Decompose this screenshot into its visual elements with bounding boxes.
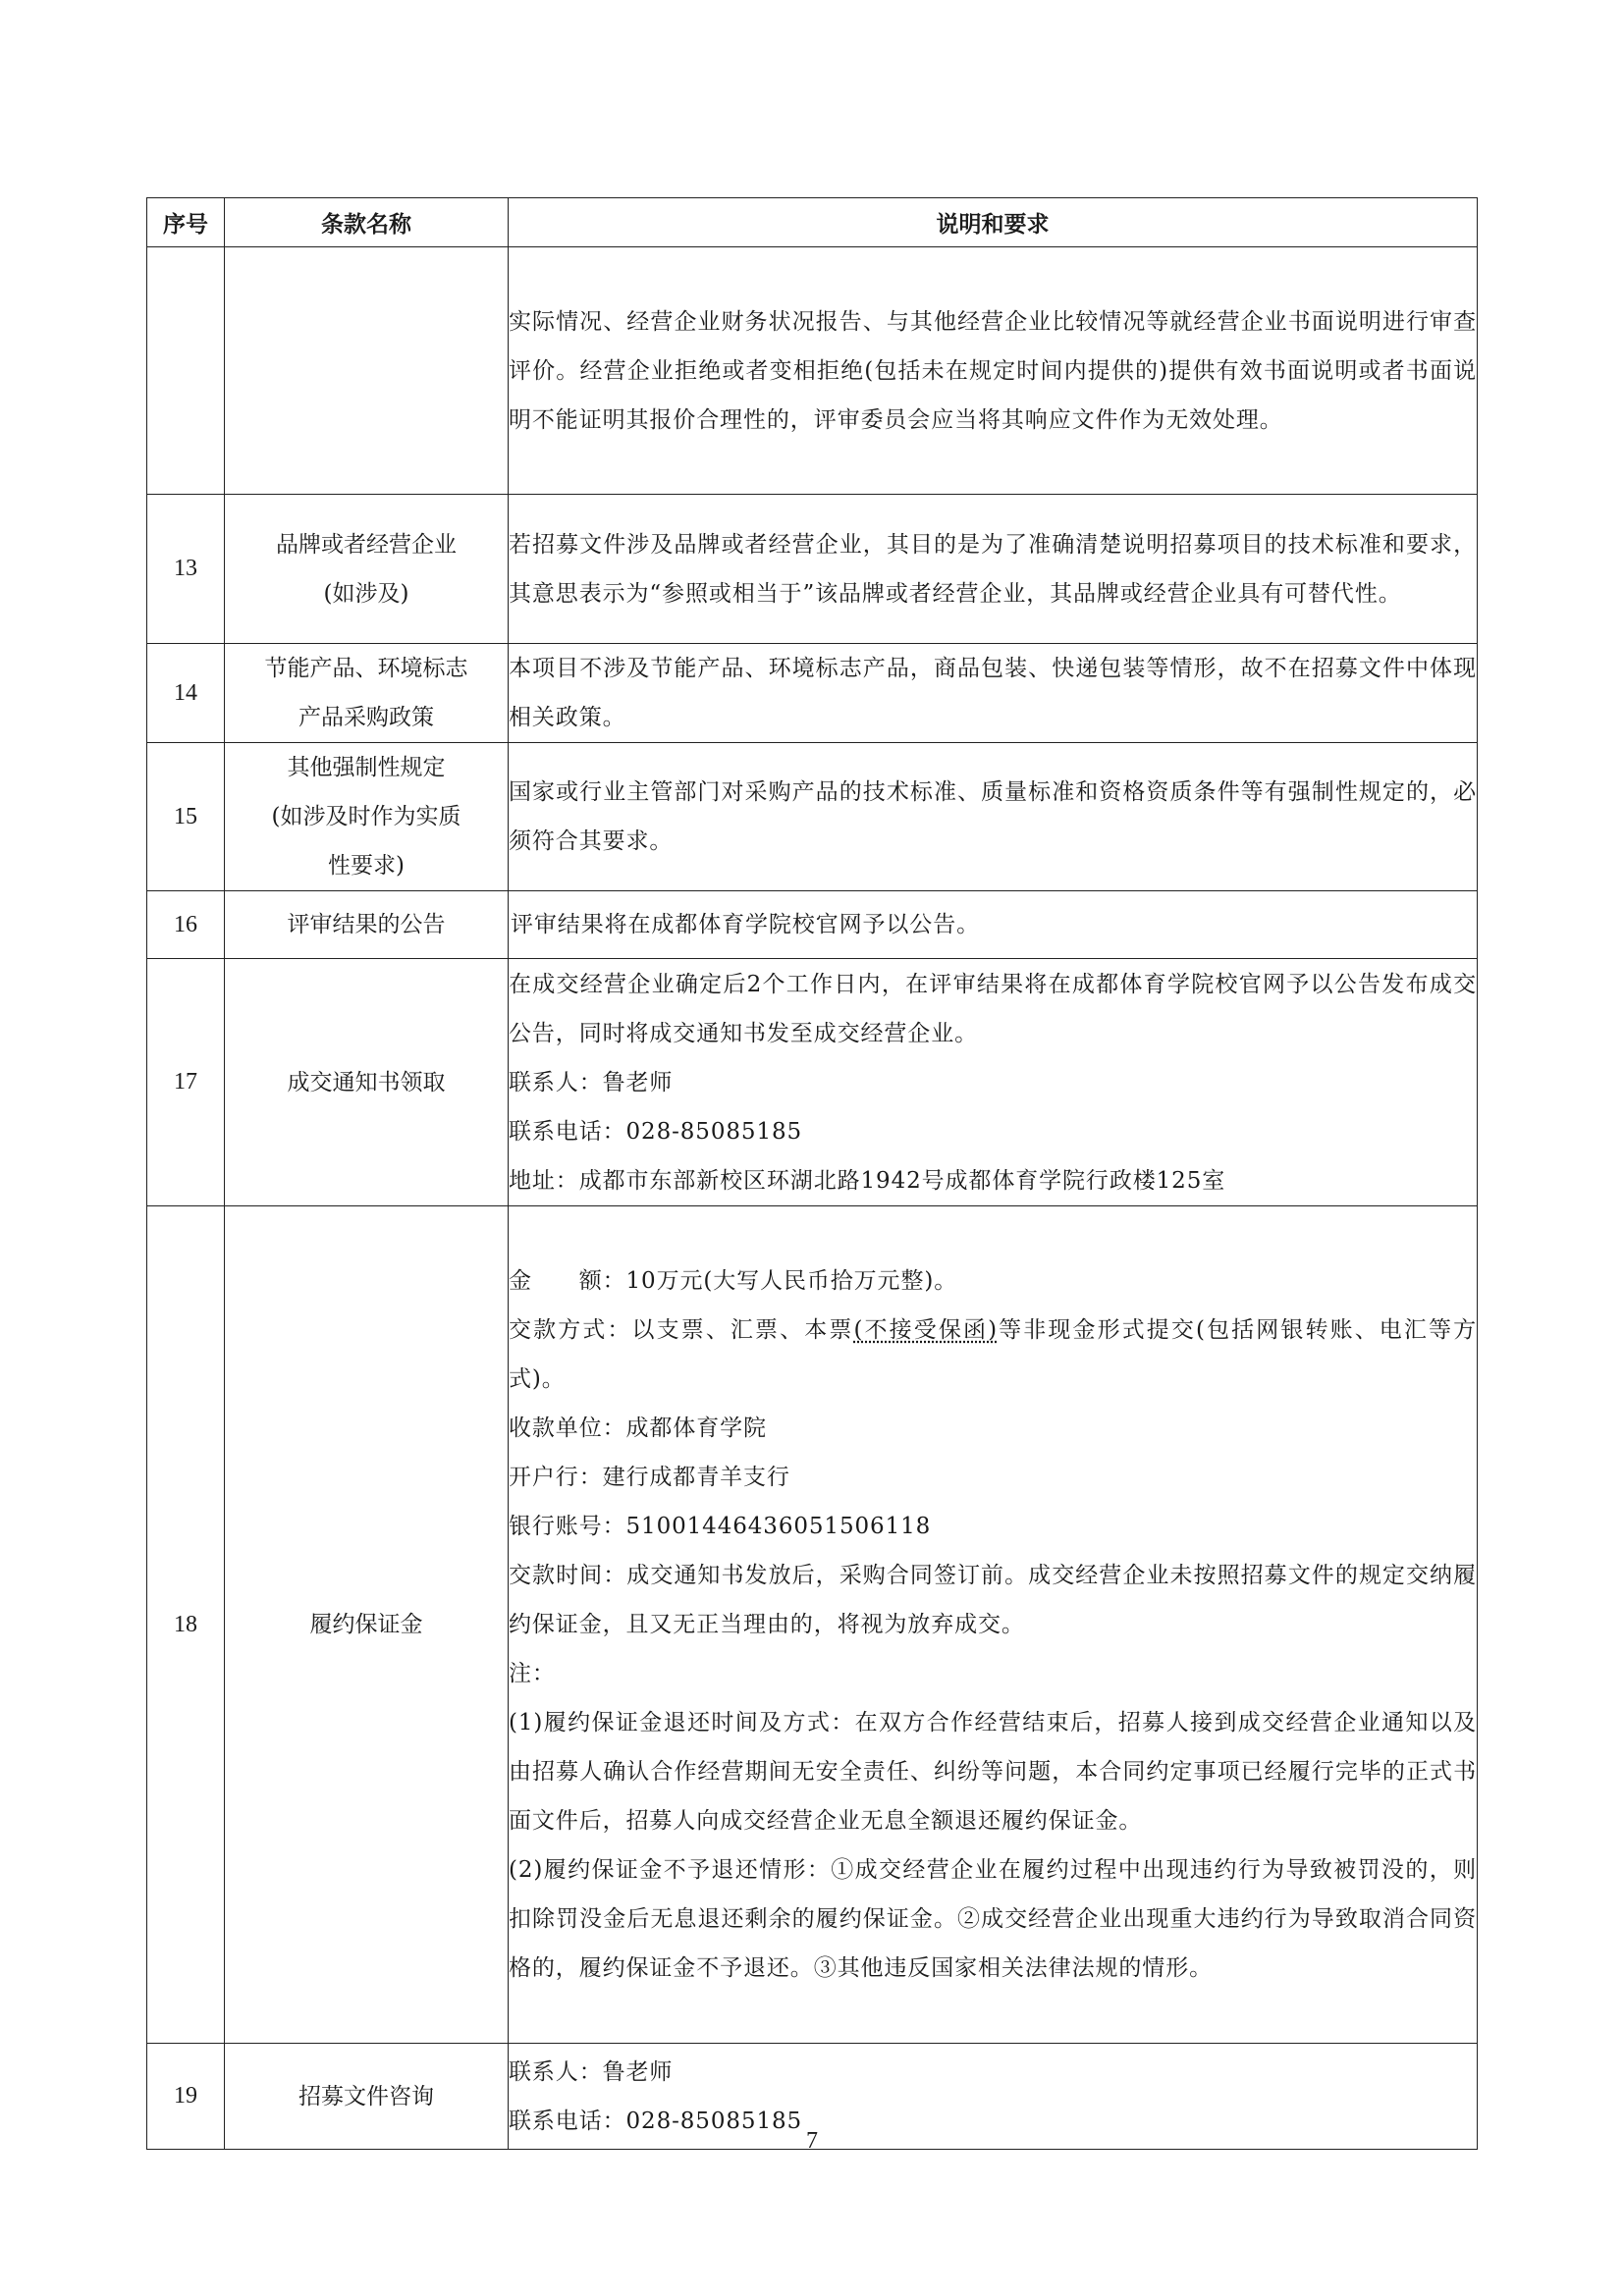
row-desc: 本项目不涉及节能产品、环境标志产品，商品包装、快递包装等情形，故不在招募文件中体… bbox=[509, 644, 1478, 743]
row-name: 成交通知书领取 bbox=[225, 959, 509, 1206]
row-desc: 国家或行业主管部门对采购产品的技术标准、质量标准和资格资质条件等有强制性规定的，… bbox=[509, 743, 1478, 891]
desc-paragraph: 实际情况、经营企业财务状况报告、与其他经营企业比较情况等就经营企业书面说明进行审… bbox=[509, 297, 1477, 445]
row-name: 评审结果的公告 bbox=[225, 891, 509, 959]
contact-phone: 联系电话：028-85085185 bbox=[509, 1107, 1477, 1156]
table-row: 18 履约保证金 金 额：10万元(大写人民币拾万元整)。 交款方式：以支票、汇… bbox=[147, 1206, 1478, 2044]
row-name: 其他强制性规定 (如涉及时作为实质 性要求) bbox=[225, 743, 509, 891]
desc-paragraph: 国家或行业主管部门对采购产品的技术标准、质量标准和资格资质条件等有强制性规定的，… bbox=[509, 768, 1477, 866]
note-refund: (1)履约保证金退还时间及方式：在双方合作经营结束后，招募人接到成交经营企业通知… bbox=[509, 1698, 1477, 1845]
name-line: 其他强制性规定 bbox=[225, 743, 508, 792]
row-no: 18 bbox=[147, 1206, 225, 2044]
table-header-row: 序号 条款名称 说明和要求 bbox=[147, 198, 1478, 247]
name-line: 成交通知书领取 bbox=[225, 1058, 508, 1107]
row-name: 品牌或者经营企业 (如涉及) bbox=[225, 495, 509, 644]
table-row: 实际情况、经营企业财务状况报告、与其他经营企业比较情况等就经营企业书面说明进行审… bbox=[147, 247, 1478, 495]
name-line: 节能产品、环境标志 bbox=[225, 644, 508, 693]
desc-paragraph: 在成交经营企业确定后2个工作日内，在评审结果将在成都体育学院校官网予以公告发布成… bbox=[509, 960, 1477, 1058]
row-name: 履约保证金 bbox=[225, 1206, 509, 2044]
bank: 开户行：建行成都青羊支行 bbox=[509, 1453, 1477, 1502]
payment-method-text: 交款方式：以支票、汇票、本票 bbox=[509, 1317, 853, 1343]
row-desc: 评审结果将在成都体育学院校官网予以公告。 bbox=[509, 891, 1478, 959]
row-name bbox=[225, 247, 509, 495]
clauses-table: 序号 条款名称 说明和要求 实际情况、经营企业财务状况报告、与其他经营企业比较情… bbox=[146, 197, 1478, 2150]
payment-method: 交款方式：以支票、汇票、本票(不接受保函)等非现金形式提交(包括网银转账、电汇等… bbox=[509, 1306, 1477, 1404]
note-no-refund: (2)履约保证金不予退还情形：①成交经营企业在履约过程中出现违约行为导致被罚没的… bbox=[509, 1845, 1477, 1993]
payee: 收款单位：成都体育学院 bbox=[509, 1404, 1477, 1453]
contact-person: 联系人：鲁老师 bbox=[509, 1058, 1477, 1107]
name-line: 品牌或者经营企业 bbox=[225, 520, 508, 569]
name-line: 评审结果的公告 bbox=[225, 900, 508, 949]
name-line: 性要求) bbox=[225, 841, 508, 890]
row-no: 16 bbox=[147, 891, 225, 959]
header-no: 序号 bbox=[147, 198, 225, 247]
note-label: 注： bbox=[509, 1649, 1477, 1698]
bank-account: 银行账号：51001446436051506118 bbox=[509, 1502, 1477, 1551]
row-no bbox=[147, 247, 225, 495]
address: 地址：成都市东部新校区环湖北路1942号成都体育学院行政楼125室 bbox=[509, 1156, 1477, 1205]
name-line: 招募文件咨询 bbox=[225, 2072, 508, 2121]
table-row: 14 节能产品、环境标志 产品采购政策 本项目不涉及节能产品、环境标志产品，商品… bbox=[147, 644, 1478, 743]
row-no: 14 bbox=[147, 644, 225, 743]
name-line: (如涉及时作为实质 bbox=[225, 792, 508, 841]
table-row: 16 评审结果的公告 评审结果将在成都体育学院校官网予以公告。 bbox=[147, 891, 1478, 959]
no-guarantee-note: (不接受保函) bbox=[853, 1317, 997, 1343]
payment-time: 交款时间：成交通知书发放后，采购合同签订前。成交经营企业未按照招募文件的规定交纳… bbox=[509, 1551, 1477, 1649]
name-line: (如涉及) bbox=[225, 569, 508, 618]
table-row: 15 其他强制性规定 (如涉及时作为实质 性要求) 国家或行业主管部门对采购产品… bbox=[147, 743, 1478, 891]
row-desc: 实际情况、经营企业财务状况报告、与其他经营企业比较情况等就经营企业书面说明进行审… bbox=[509, 247, 1478, 495]
name-line: 产品采购政策 bbox=[225, 693, 508, 742]
row-desc: 在成交经营企业确定后2个工作日内，在评审结果将在成都体育学院校官网予以公告发布成… bbox=[509, 959, 1478, 1206]
desc-paragraph: 若招募文件涉及品牌或者经营企业，其目的是为了准确清楚说明招募项目的技术标准和要求… bbox=[509, 520, 1477, 618]
row-desc: 金 额：10万元(大写人民币拾万元整)。 交款方式：以支票、汇票、本票(不接受保… bbox=[509, 1206, 1478, 2044]
row-no: 15 bbox=[147, 743, 225, 891]
row-no: 17 bbox=[147, 959, 225, 1206]
document-page: 序号 条款名称 说明和要求 实际情况、经营企业财务状况报告、与其他经营企业比较情… bbox=[0, 0, 1624, 2296]
name-line: 履约保证金 bbox=[225, 1600, 508, 1649]
table-row: 13 品牌或者经营企业 (如涉及) 若招募文件涉及品牌或者经营企业，其目的是为了… bbox=[147, 495, 1478, 644]
row-desc: 若招募文件涉及品牌或者经营企业，其目的是为了准确清楚说明招募项目的技术标准和要求… bbox=[509, 495, 1478, 644]
page-number: 7 bbox=[0, 2128, 1624, 2155]
deposit-amount: 金 额：10万元(大写人民币拾万元整)。 bbox=[509, 1256, 1477, 1306]
contact-person: 联系人：鲁老师 bbox=[509, 2048, 1477, 2097]
header-name: 条款名称 bbox=[225, 198, 509, 247]
row-no: 13 bbox=[147, 495, 225, 644]
header-desc: 说明和要求 bbox=[509, 198, 1478, 247]
desc-paragraph: 评审结果将在成都体育学院校官网予以公告。 bbox=[511, 900, 1477, 949]
desc-paragraph: 本项目不涉及节能产品、环境标志产品，商品包装、快递包装等情形，故不在招募文件中体… bbox=[509, 644, 1477, 742]
table-row: 17 成交通知书领取 在成交经营企业确定后2个工作日内，在评审结果将在成都体育学… bbox=[147, 959, 1478, 1206]
row-name: 节能产品、环境标志 产品采购政策 bbox=[225, 644, 509, 743]
